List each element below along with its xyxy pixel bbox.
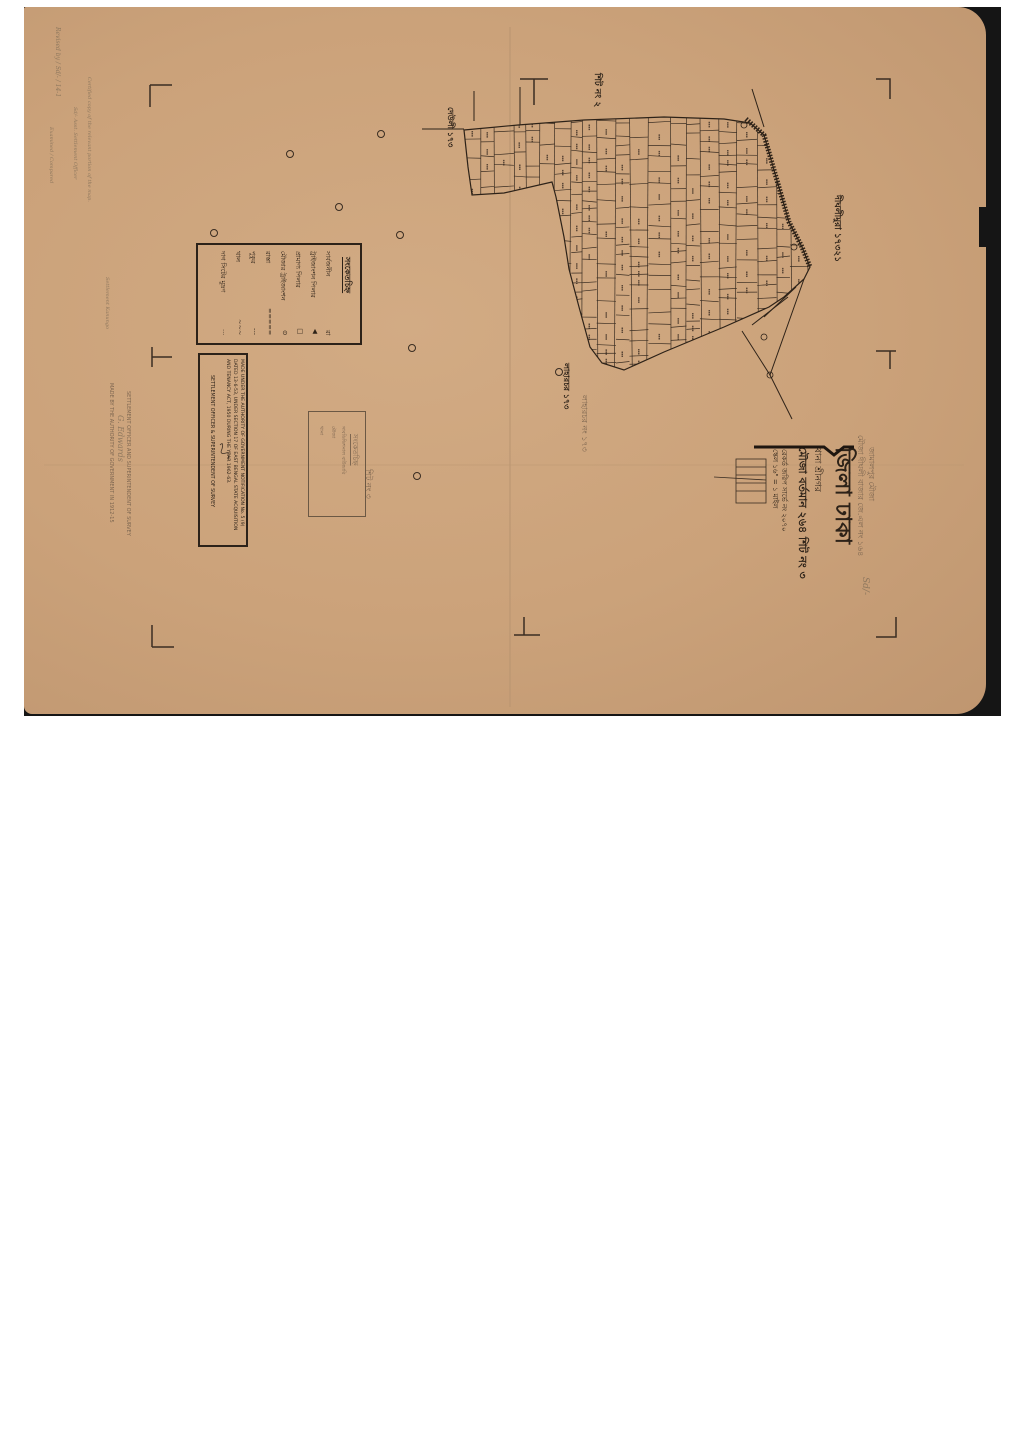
- margin-note-1: Certified copy of the relevant portion o…: [86, 77, 92, 202]
- legend-row: দাগ সিটের মুদ্রণ...: [218, 251, 229, 335]
- legend-row: ট্রাইজাংশন পিলার▲: [308, 251, 319, 335]
- scan-frame: ▪▪▪▪▪▪▪▪▪▪▪▪▪▪▪▪▪▪▪▪▪▪▪▪▪▪▪▪▪▪▪▪▪▪▪▪▪▪▪▪…: [24, 7, 1001, 716]
- margin-note-2: Sd/- Asst. Settlement Officer: [72, 107, 78, 179]
- legend-row: মৌজার ট্রাইজাংশন⊙: [278, 251, 289, 335]
- legend-row: পুকুর---: [248, 251, 259, 335]
- legend-row: রাস্তা=====: [263, 251, 274, 335]
- legend-row: প্রামাণ্য পিলার□: [293, 251, 304, 335]
- title-ornament: [24, 7, 986, 714]
- adjacent-mouza-top-right: দীঘলীমুরা ১৭৩২১: [830, 195, 845, 262]
- margin-note-4: Settlement Kanungo: [104, 277, 110, 329]
- map-sheet: ▪▪▪▪▪▪▪▪▪▪▪▪▪▪▪▪▪▪▪▪▪▪▪▪▪▪▪▪▪▪▪▪▪▪▪▪▪▪▪▪…: [24, 7, 986, 714]
- adjacent-mouza-bottom: লাহারচর ১৭৩: [560, 363, 573, 409]
- signature-scribble: [200, 355, 246, 545]
- adjacent-mouza-bottom-pencil: লাহারচর নং ১৭৩: [578, 395, 591, 452]
- secondary-legend-box: সংকেতচিহ্ন সাবডিভিশনাল বাউন্ডারি মৌজা থা…: [308, 411, 366, 517]
- adjacent-mouza-left: দেউলী ১৭৩: [444, 107, 457, 147]
- footer-signature: G. Edwards: [116, 415, 125, 462]
- legend-box: সংকেতচিহ্ন সার্বজনীনরাট্রাইজাংশন পিলার▲প…: [196, 243, 362, 345]
- authority-box: MADE UNDER THE AUTHORITY OF GOVERNMENT N…: [198, 353, 248, 547]
- legend-row: খাল~~~: [233, 251, 244, 335]
- margin-note-top-left: Revised by / Sd/- / 14-1: [54, 27, 61, 97]
- legend-title: সংকেতচিহ্ন: [341, 257, 354, 293]
- sheet-label-top: শিট নং ২: [590, 73, 605, 107]
- footer-made-by: MADE BY THE AUTHORITY OF GOVERNMENT IN 1…: [108, 383, 114, 523]
- margin-note-3: Examined / Compared: [48, 127, 54, 183]
- footer-title: SETTLEMENT OFFICER AND SUPERINTENDENT OF…: [125, 391, 131, 536]
- legend-row: সার্বজনীনরা: [323, 251, 334, 335]
- torn-edge: [979, 207, 991, 247]
